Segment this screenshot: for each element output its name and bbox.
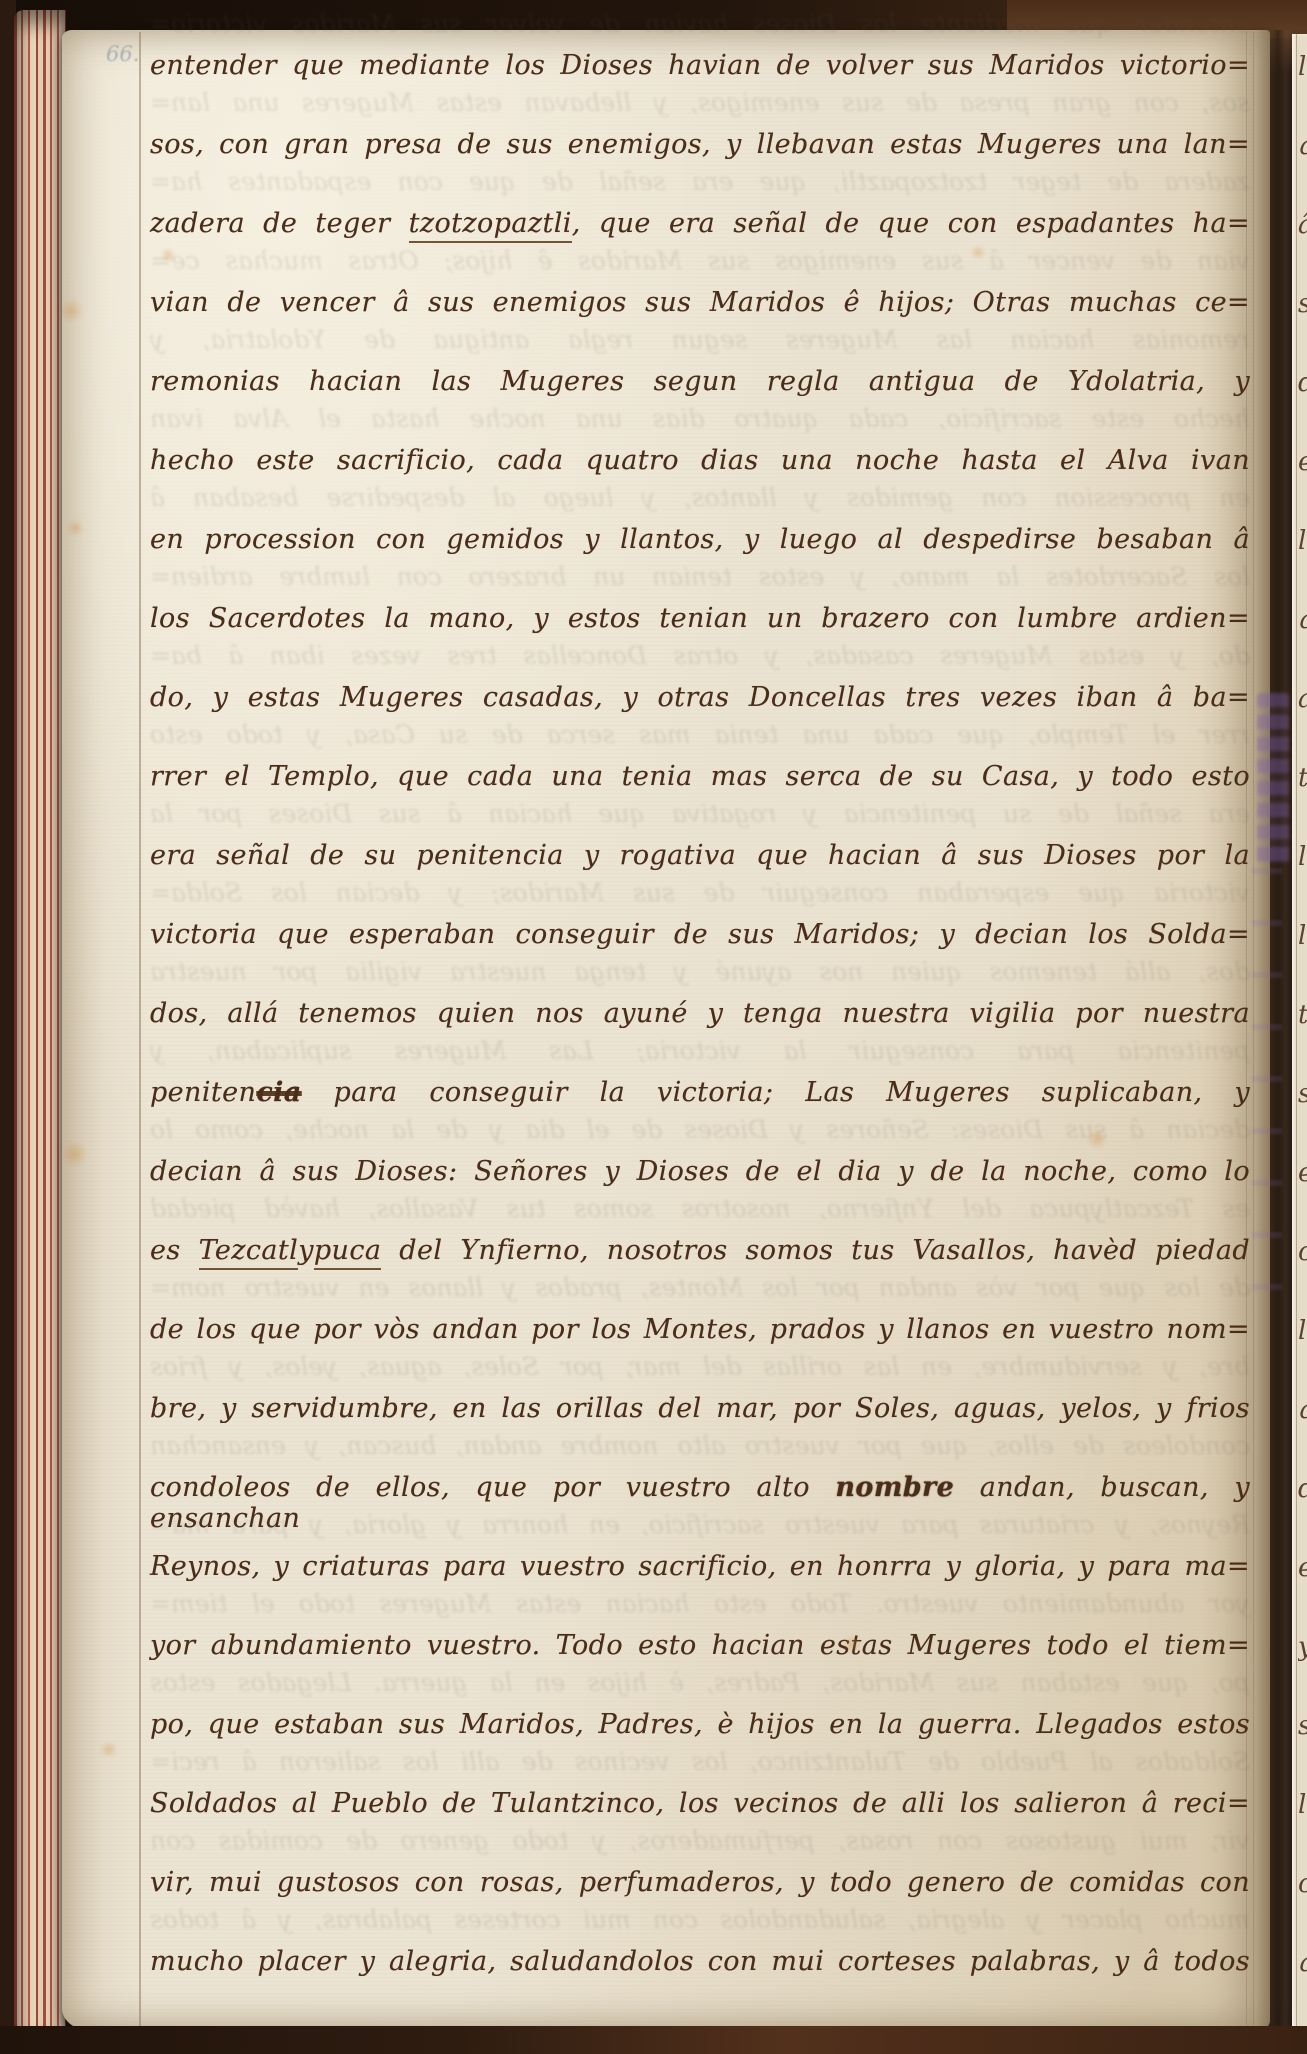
manuscript-text: en procession con gemidos y llantos, y l… bbox=[150, 524, 1250, 555]
manuscript-text: vian de vencer â sus enemigos sus Marido… bbox=[150, 287, 1250, 318]
facing-page-text-fragment: l bbox=[1298, 1790, 1307, 1830]
manuscript-text: es bbox=[150, 1235, 199, 1266]
manuscript-text: zadera de teger bbox=[150, 208, 409, 239]
manuscript-text: del Ynfierno, nosotros somos tus Vasallo… bbox=[381, 1235, 1250, 1266]
manuscript-text: decian â sus Dioses: Señores y Dioses de… bbox=[150, 1156, 1250, 1187]
manuscript-text: po, que estaban sus Maridos, Padres, è h… bbox=[150, 1709, 1250, 1740]
manuscript-text: condoleos de ellos, que por vuestro alto bbox=[150, 1472, 835, 1503]
manuscript-line: rrer el Templo, que cada una tenia mas s… bbox=[150, 761, 1250, 803]
manuscript-text: do, y estas Mugeres casadas, y otras Don… bbox=[150, 682, 1250, 713]
facing-page-text-fragment: o bbox=[1298, 1869, 1307, 1909]
facing-page-text-fragment: q bbox=[1298, 605, 1307, 645]
facing-page-text-fragment: q bbox=[1298, 131, 1307, 171]
book-spread-scan: 66. entender que mediante los Dioses hav… bbox=[0, 0, 1307, 2054]
manuscript-line: los Sacerdotes la mano, y estos tenian u… bbox=[150, 603, 1250, 645]
manuscript-text: vir, mui gustosos con rosas, perfumadero… bbox=[150, 1867, 1250, 1898]
manuscript-line: vir, mui gustosos con rosas, perfumadero… bbox=[150, 1867, 1250, 1909]
foxing-spot bbox=[100, 1742, 118, 1757]
book-cover-bottom-edge bbox=[0, 2026, 1307, 2054]
facing-page-text-fragment: e bbox=[1298, 1158, 1307, 1198]
foxing-spot bbox=[970, 246, 986, 259]
manuscript-line: do, y estas Mugeres casadas, y otras Don… bbox=[150, 682, 1250, 724]
manuscript-word-bold: nombre bbox=[835, 1472, 954, 1503]
manuscript-text: para conseguir la victoria; Las Mugeres … bbox=[302, 1077, 1250, 1108]
manuscript-text: victoria que esperaban conseguir de sus … bbox=[150, 919, 1250, 950]
manuscript-text: dos, allá tenemos quien nos ayuné y teng… bbox=[150, 998, 1250, 1029]
manuscript-text: entender que mediante los Dioses havian … bbox=[150, 50, 1250, 81]
manuscript-line: entender que mediante los Dioses havian … bbox=[150, 50, 1250, 92]
facing-page-text-fragment: s bbox=[1298, 1079, 1307, 1119]
manuscript-word-strike: cia bbox=[256, 1077, 301, 1108]
manuscript-line: sos, con gran presa de sus enemigos, y l… bbox=[150, 129, 1250, 171]
manuscript-line: es Tezcatlypuca del Ynfierno, nosotros s… bbox=[150, 1235, 1250, 1277]
foxing-spot bbox=[1086, 1130, 1108, 1148]
left-margin-rule bbox=[139, 32, 141, 2028]
facing-page-text-fragment: e bbox=[1298, 1553, 1307, 1593]
manuscript-text: de los que por vòs andan por los Montes,… bbox=[150, 1314, 1250, 1345]
manuscript-text: hecho este sacrificio, cada quatro dias … bbox=[150, 445, 1250, 476]
facing-page-text-fragment: t bbox=[1298, 763, 1307, 803]
foxing-spot bbox=[58, 300, 84, 322]
facing-page-text-fragment: y bbox=[1298, 1632, 1307, 1672]
manuscript-text: los Sacerdotes la mano, y estos tenian u… bbox=[150, 603, 1250, 634]
manuscript-line: remonias hacian las Mugeres segun regla … bbox=[150, 366, 1250, 408]
purple-ink-marks bbox=[1252, 868, 1282, 1308]
facing-page-text-fragment: s bbox=[1298, 1711, 1307, 1751]
facing-page-text-fragment: l bbox=[1298, 921, 1307, 961]
manuscript-line: yor abundamiento vuestro. Todo esto haci… bbox=[150, 1630, 1250, 1672]
manuscript-line: hecho este sacrificio, cada quatro dias … bbox=[150, 445, 1250, 487]
manuscript-word-underline: puca bbox=[314, 1235, 382, 1270]
manuscript-line: dos, allá tenemos quien nos ayuné y teng… bbox=[150, 998, 1250, 1040]
faint-page-number: 66. bbox=[106, 42, 139, 66]
foxing-spot bbox=[842, 1636, 862, 1652]
facing-page-text-fragment: l bbox=[1298, 1316, 1307, 1356]
manuscript-line: en procession con gemidos y llantos, y l… bbox=[150, 524, 1250, 566]
facing-page-text-fragment: a bbox=[1298, 684, 1307, 724]
facing-page-text-fragment: e bbox=[1298, 447, 1307, 487]
facing-page-text-fragment: q bbox=[1298, 1395, 1307, 1435]
manuscript-text: rrer el Templo, que cada una tenia mas s… bbox=[150, 761, 1250, 792]
manuscript-line: po, que estaban sus Maridos, Padres, è h… bbox=[150, 1709, 1250, 1751]
manuscript-text: remonias hacian las Mugeres segun regla … bbox=[150, 366, 1250, 397]
manuscript-text: Soldados al Pueblo de Tulantzinco, los v… bbox=[150, 1788, 1250, 1819]
purple-ink-stamp-smudge bbox=[1257, 693, 1289, 863]
manuscript-line: vian de vencer â sus enemigos sus Marido… bbox=[150, 287, 1250, 329]
facing-page-text-fragment: l bbox=[1298, 526, 1307, 566]
facing-page-text-fragment: o bbox=[1298, 1237, 1307, 1277]
manuscript-line: victoria que esperaban conseguir de sus … bbox=[150, 919, 1250, 961]
manuscript-text: mucho placer y alegria, saludandolos con… bbox=[150, 1946, 1250, 1977]
manuscript-line: zadera de teger tzotzopaztli, que era se… bbox=[150, 208, 1250, 250]
manuscript-word-underline: Tezcatl bbox=[199, 1235, 299, 1270]
manuscript-text: Reynos, y criaturas para vuestro sacrifi… bbox=[150, 1551, 1250, 1582]
manuscript-word-underline: tzotzopaztli bbox=[409, 208, 572, 243]
facing-page-text-fragment: d bbox=[1298, 368, 1307, 408]
manuscript-line: condoleos de ellos, que por vuestro alto… bbox=[150, 1472, 1250, 1514]
manuscript-line: Reynos, y criaturas para vuestro sacrifi… bbox=[150, 1551, 1250, 1593]
manuscript-text: era señal de su penitencia y rogativa qu… bbox=[150, 840, 1250, 871]
manuscript-text: , que era señal de que con espadantes ha… bbox=[572, 208, 1250, 239]
manuscript-line: penitencia para conseguir la victoria; L… bbox=[150, 1077, 1250, 1119]
manuscript-line: mucho placer y alegria, saludandolos con… bbox=[150, 1946, 1250, 1988]
stacked-page-fore-edges bbox=[14, 10, 66, 2054]
manuscript-line: era señal de su penitencia y rogativa qu… bbox=[150, 840, 1250, 882]
foxing-spot bbox=[160, 248, 176, 262]
facing-page-text-fragment: t bbox=[1298, 1000, 1307, 1040]
facing-page-margin-rule bbox=[1296, 34, 1297, 2028]
facing-page-text-fragment: s bbox=[1298, 289, 1307, 329]
manuscript-text: y bbox=[298, 1235, 314, 1266]
facing-page-text-fragment: â bbox=[1298, 210, 1307, 250]
foxing-spot bbox=[60, 1142, 88, 1166]
manuscript-line: Soldados al Pueblo de Tulantzinco, los v… bbox=[150, 1788, 1250, 1830]
facing-page-text-fragment: q bbox=[1298, 1948, 1307, 1988]
facing-page-text-fragment: le bbox=[1298, 842, 1307, 882]
manuscript-text: yor abundamiento vuestro. Todo esto haci… bbox=[150, 1630, 1250, 1661]
foxing-spot bbox=[66, 520, 84, 536]
facing-page-text-fragment: d bbox=[1298, 1474, 1307, 1514]
manuscript-text: sos, con gran presa de sus enemigos, y l… bbox=[150, 129, 1250, 160]
manuscript-line: de los que por vòs andan por los Montes,… bbox=[150, 1314, 1250, 1356]
manuscript-line: decian â sus Dioses: Señores y Dioses de… bbox=[150, 1156, 1250, 1198]
manuscript-line: bre, y servidumbre, en las orillas del m… bbox=[150, 1393, 1250, 1435]
manuscript-text: bre, y servidumbre, en las orillas del m… bbox=[150, 1393, 1250, 1424]
facing-page-text-fragment: lo bbox=[1298, 52, 1307, 92]
manuscript-text: peniten bbox=[150, 1077, 256, 1108]
